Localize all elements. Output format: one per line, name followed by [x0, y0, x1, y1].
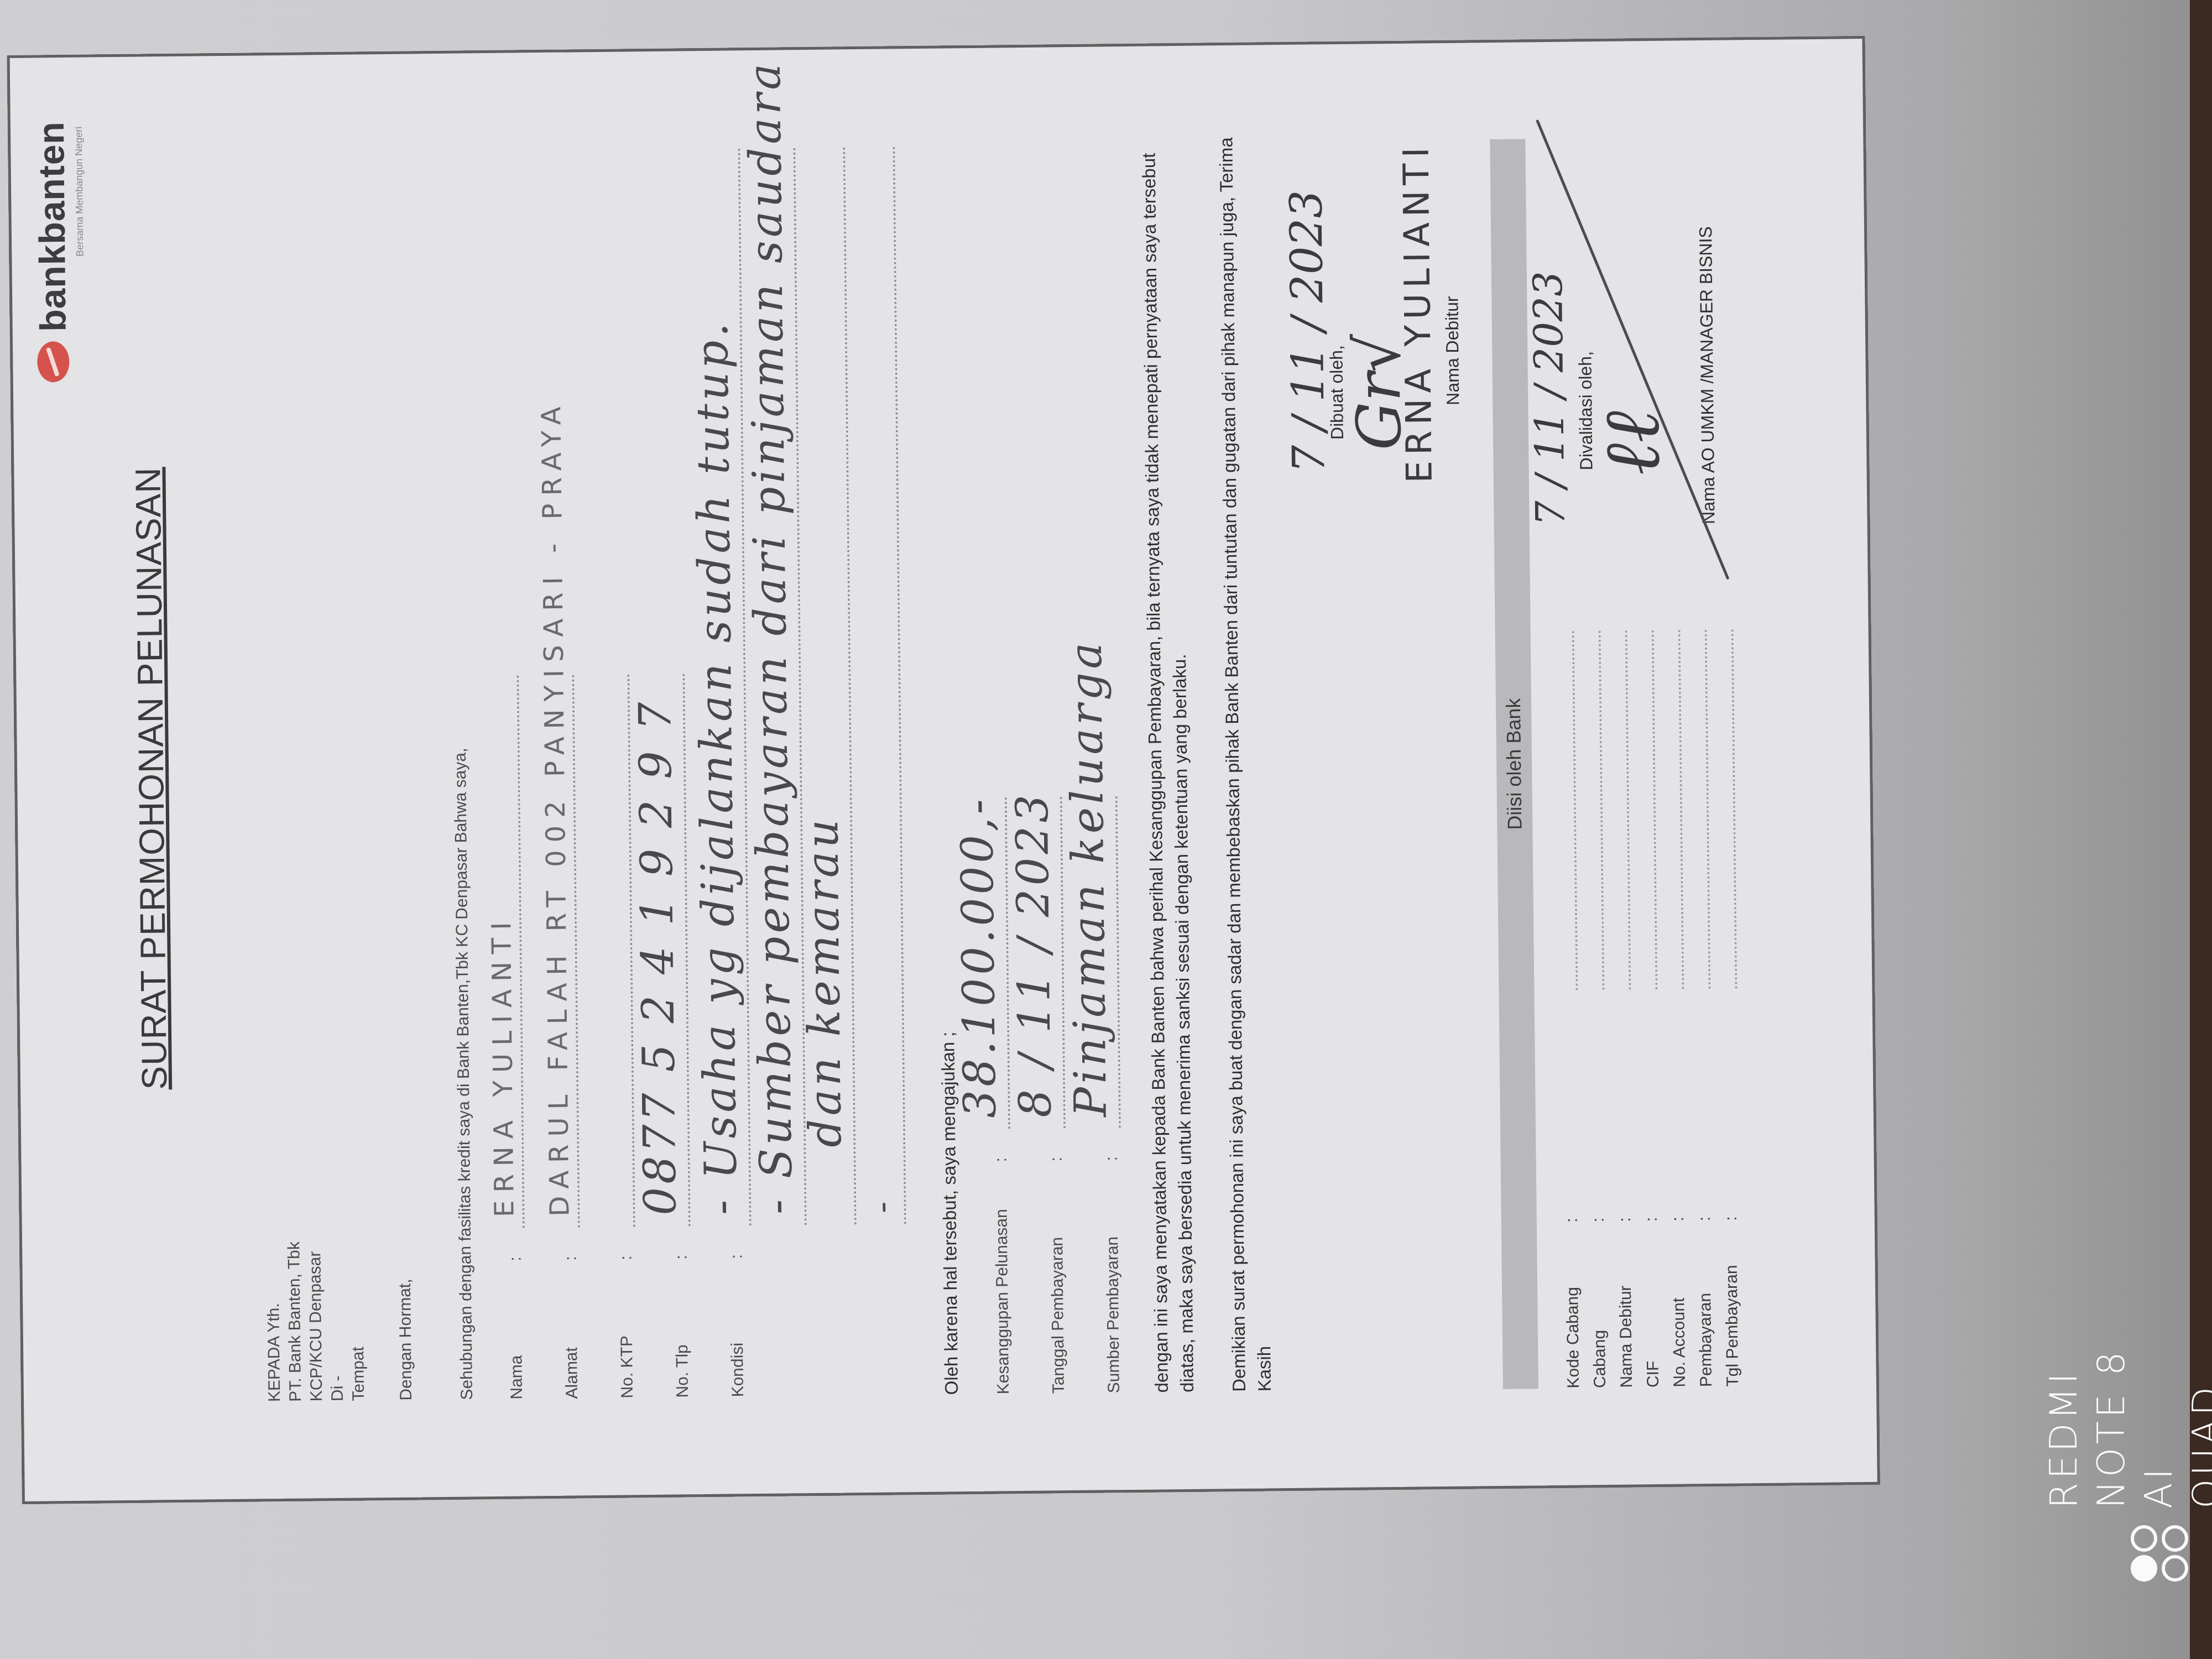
- handwritten-value: 38.100.000,-: [951, 796, 1006, 1118]
- bank-row-input[interactable]: [1584, 630, 1605, 990]
- colon: :: [1640, 989, 1661, 1222]
- tlp-input[interactable]: 0877 5 2 4 1 9 2 9 7: [649, 673, 690, 1227]
- colon: :: [1587, 990, 1608, 1222]
- field-label: Alamat: [561, 1260, 582, 1399]
- bank-row-label: Pembayaran: [1695, 1221, 1716, 1387]
- field-label: Tanggal Pembayaran: [1047, 1161, 1068, 1394]
- bank-logo-icon: [37, 341, 70, 383]
- colon: :: [1102, 1128, 1121, 1161]
- tanggal-input[interactable]: 8 / 11 / 2023: [1027, 796, 1066, 1129]
- handwritten-value: 0877 5 2 4 1 9 2 9 7: [629, 698, 686, 1215]
- bank-row-input[interactable]: [1611, 630, 1631, 990]
- camera-watermark: REDMI NOTE 8 AI QUAD CAMERA: [2041, 1330, 2212, 1582]
- recipient-line: Tempat: [347, 1241, 369, 1401]
- document-page: bankbanten Bersama Membangun Negeri SURA…: [7, 36, 1880, 1504]
- sumber-input[interactable]: Pinjaman keluarga: [1082, 796, 1121, 1128]
- bank-sign-date: 7 / 11 / 2023: [1525, 271, 1574, 526]
- bank-row-input[interactable]: [1691, 629, 1711, 989]
- colon: :: [561, 1227, 581, 1260]
- field-label: No. KTP: [617, 1260, 637, 1398]
- recipient-line: Di -: [326, 1241, 348, 1401]
- debtor-role: Nama Debitur: [1442, 296, 1463, 405]
- field-label: Kondisi: [727, 1259, 748, 1397]
- bank-row-input[interactable]: [1637, 630, 1658, 989]
- bank-row-label: Tgl Pembayaran: [1722, 1220, 1743, 1386]
- field-alamat: Alamat : DARUL FALAH RT 002 PANYISARI - …: [539, 674, 582, 1399]
- field-label: Kesanggupan Pelunasan: [992, 1162, 1013, 1394]
- bank-row-label: Nama Debitur: [1616, 1222, 1636, 1387]
- handwritten-value: ERNA YULIANTI: [486, 914, 520, 1217]
- handwritten-value: 8 / 11 / 2023: [1006, 791, 1061, 1118]
- recipient-line: PT. Bank Banten, Tbk: [284, 1241, 306, 1402]
- field-nama: Nama : ERNA YULIANTI: [483, 675, 526, 1400]
- bank-row-label: No. Account: [1669, 1221, 1689, 1387]
- bank-row-label: CIF: [1642, 1222, 1663, 1387]
- bank-row-input[interactable]: [1717, 629, 1738, 989]
- colon: :: [727, 1225, 747, 1259]
- colon: :: [1047, 1128, 1066, 1161]
- watermark-line-1: REDMI NOTE 8: [2041, 1330, 2136, 1509]
- greeting: Dengan Hormat,: [396, 1279, 416, 1400]
- bank-signature: ℓℓ: [1587, 410, 1677, 476]
- kesanggupan-input[interactable]: 38.100.000,-: [972, 797, 1010, 1129]
- field-label: Sumber Pembayaran: [1103, 1161, 1124, 1393]
- colon: :: [506, 1228, 525, 1261]
- recipient-block: KEPADA Yth. PT. Bank Banten, Tbk KCP/KCU…: [263, 1241, 369, 1402]
- field-tlp: No. Tlp : 0877 5 2 4 1 9 2 9 7: [649, 673, 692, 1398]
- ktp-input[interactable]: [594, 674, 635, 1227]
- bank-logo: bankbanten: [30, 121, 75, 383]
- handwritten-value: dan kemarau: [796, 816, 851, 1148]
- colon: :: [1693, 989, 1714, 1221]
- bank-row-label: Cabang: [1589, 1222, 1610, 1388]
- nama-input[interactable]: ERNA YULIANTI: [483, 675, 524, 1229]
- colon: :: [1719, 988, 1740, 1220]
- bank-row-input[interactable]: [1664, 630, 1684, 989]
- bank-row-label: Kode Cabang: [1563, 1222, 1583, 1388]
- debtor-name: ERNA YULIANTI: [1396, 142, 1440, 483]
- field-label: No. Tlp: [672, 1259, 692, 1397]
- camera-logo-icon: [2131, 1525, 2188, 1582]
- bank-tagline: Bersama Membangun Negeri: [73, 127, 86, 257]
- recipient-line: KCP/KCU Denpasar: [305, 1241, 327, 1402]
- bank-role: Nama AO UMKM /MANAGER BISNIS: [1695, 226, 1719, 524]
- colon: :: [1666, 989, 1687, 1221]
- field-kondisi: Kondisi :: [727, 1225, 748, 1397]
- alamat-input[interactable]: DARUL FALAH RT 002 PANYISARI - PRAYA: [539, 674, 580, 1228]
- bank-logo-text: bankbanten: [30, 121, 74, 332]
- colon: :: [1560, 990, 1581, 1222]
- watermark-line-2: AI QUAD CAMERA: [2136, 1330, 2212, 1509]
- colon: :: [617, 1227, 636, 1260]
- handwritten-value: Pinjaman keluarga: [1060, 639, 1117, 1118]
- field-sumber: Sumber Pembayaran : Pinjaman keluarga: [1082, 796, 1124, 1394]
- colon: :: [1613, 989, 1634, 1222]
- colon: :: [992, 1129, 1011, 1162]
- bank-row-input[interactable]: [1558, 631, 1578, 990]
- bank-section: Diisi oleh Bank Kode Cabang: Cabang: Nam…: [1490, 137, 1746, 1389]
- handwritten-value: - Usaha yg dijalankan sudah tutup.: [686, 320, 747, 1215]
- handwritten-value: -: [861, 1198, 901, 1213]
- recipient-line: KEPADA Yth.: [263, 1241, 285, 1402]
- field-label: Nama: [506, 1261, 526, 1399]
- colon: :: [672, 1226, 691, 1259]
